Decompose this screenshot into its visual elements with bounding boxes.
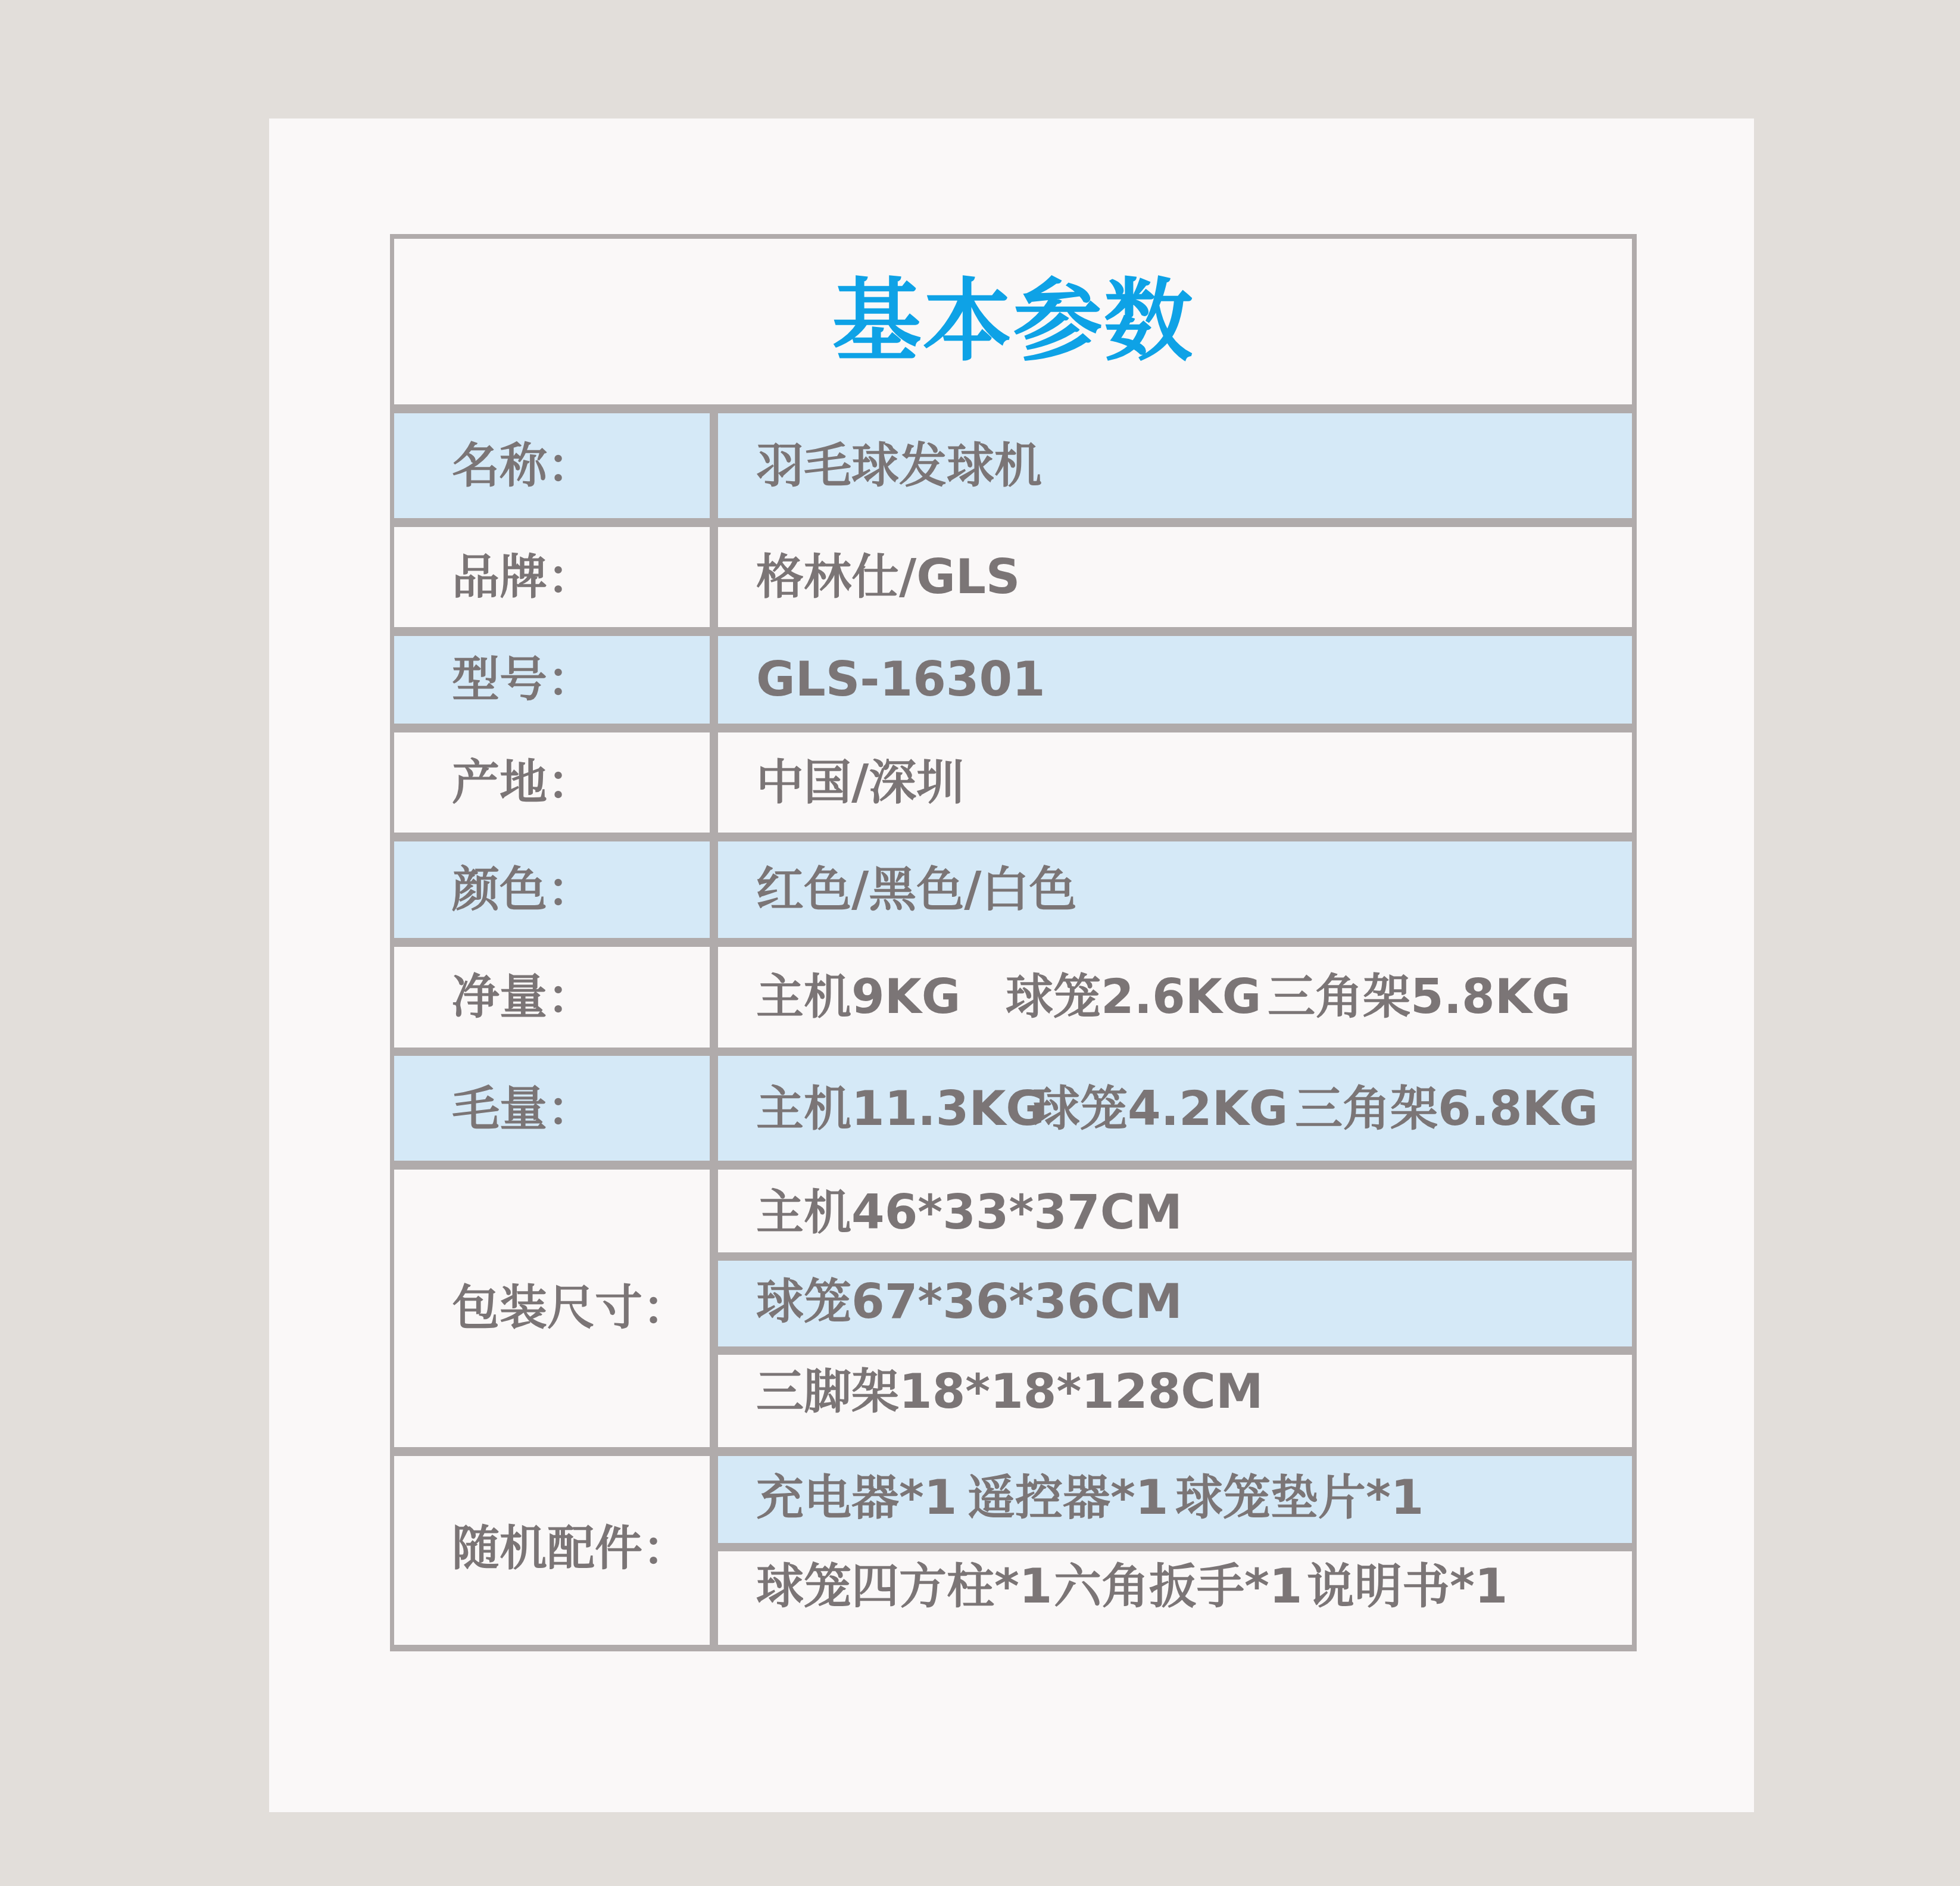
label-model: 型号： [452,656,595,703]
page-title: 基本参数 [832,277,1194,366]
label-net-weight: 净量： [452,973,595,1021]
value-name: 羽毛球发球机 [756,442,1042,490]
value-color: 红色/黑色/白色 [756,866,1076,914]
gross-weight-cage: 球笼4.2KG [1032,1085,1288,1133]
accessory-hex-wrench: 六角扳手*1 [1054,1563,1303,1610]
label-gross-weight: 毛量： [452,1085,595,1133]
accessory-charger: 充电器*1 [756,1474,957,1522]
accessory-cage-post: 球笼四方柱*1 [756,1563,1053,1610]
gross-weight-tripod: 三角架6.8KG [1295,1085,1598,1133]
package-size-tripod: 三脚架18*18*128CM [756,1368,1263,1416]
net-weight-tripod: 三角架5.8KG [1268,973,1571,1021]
label-package-size: 包装尺寸： [452,1284,690,1332]
value-brand: 格林仕/GLS [756,553,1020,601]
title-row: 基本参数 [394,239,1632,404]
accessory-cage-pad: 球笼垫片*1 [1175,1474,1424,1522]
accessory-remote: 遥控器*1 [967,1474,1169,1522]
package-size-main: 主机46*33*37CM [756,1189,1182,1236]
label-accessories: 随机配件： [452,1525,690,1572]
package-size-cage: 球笼67*36*36CM [756,1278,1182,1326]
label-brand: 品牌： [452,553,595,601]
label-color: 颜色： [452,866,595,914]
net-weight-main: 主机9KG [756,973,960,1021]
accessory-manual: 说明书*1 [1307,1563,1508,1610]
value-origin: 中国/深圳 [756,759,964,806]
label-origin: 产地： [452,759,595,806]
value-model: GLS-16301 [756,656,1045,703]
label-name: 名称： [452,442,595,490]
gross-weight-main: 主机11.3KG [756,1085,1045,1133]
net-weight-cage: 球笼2.6KG [1006,973,1261,1021]
